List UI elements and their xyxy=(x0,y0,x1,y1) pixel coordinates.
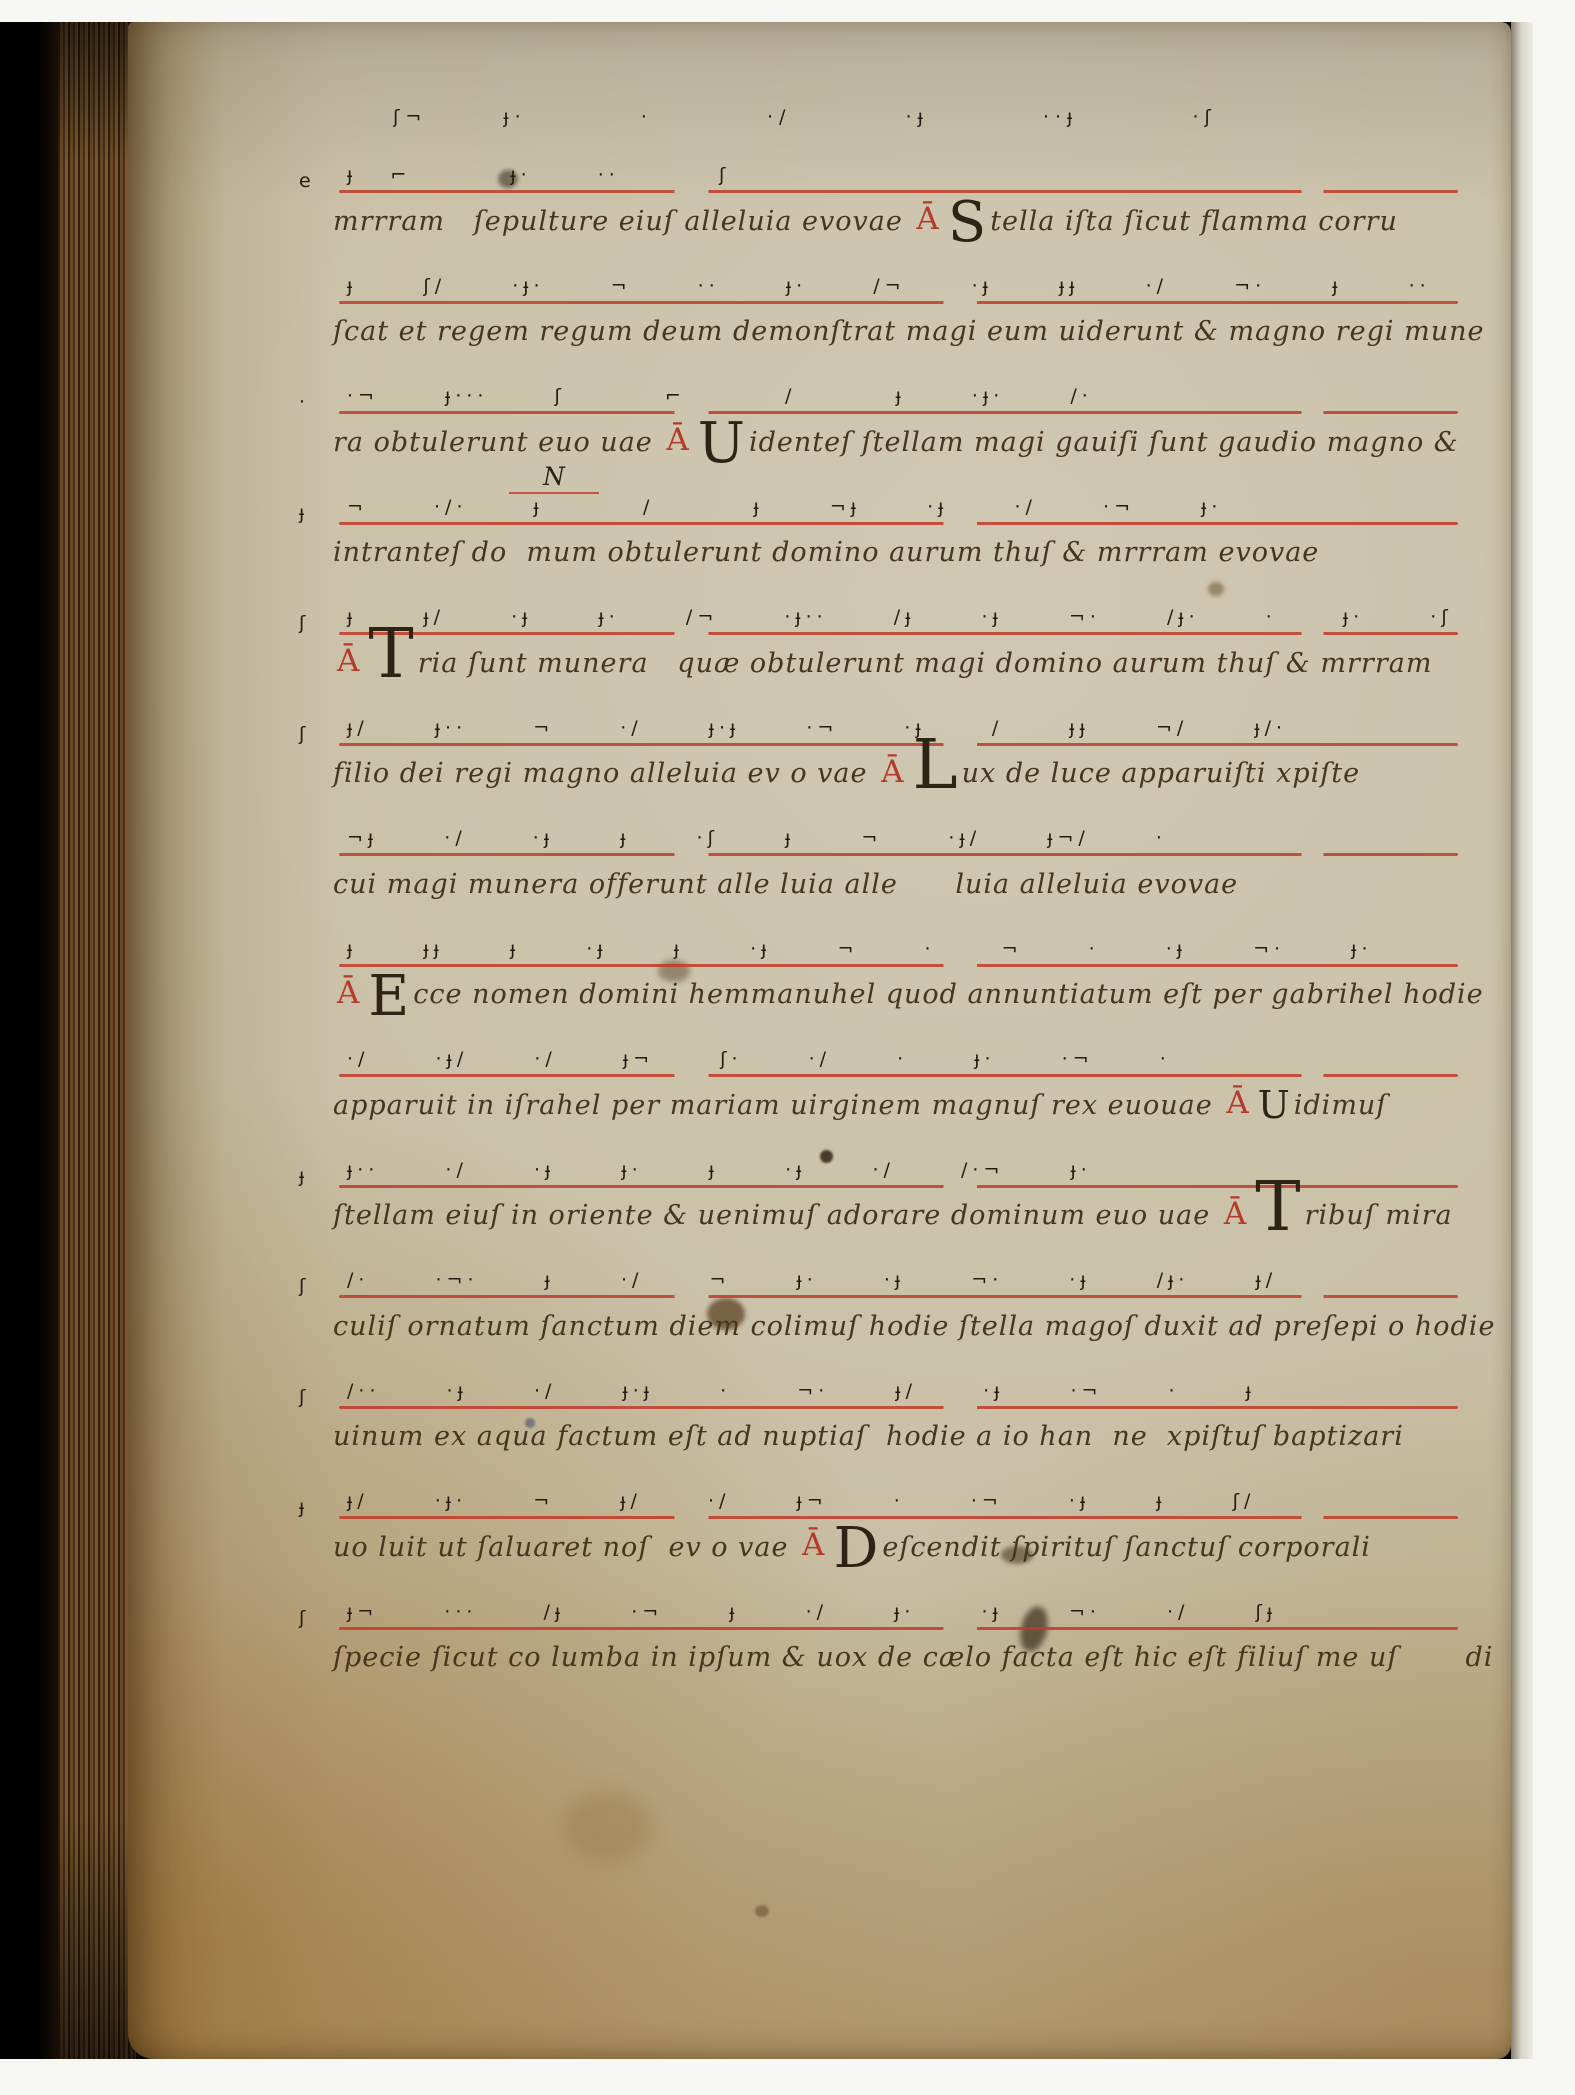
chant-words: cui magi munera offerunt alle luia alle … xyxy=(333,869,1238,900)
neume-row: ¬ɟ ·/ ·ɟ ɟ ·ʃ ɟ ¬ ·ɟ/ ɟ¬/ · xyxy=(333,793,1466,853)
chant-words: ux de luce apparuiſti xpiſte xyxy=(962,758,1360,789)
chant-text-line: ĀTria ſunt munera quæ obtulerunt magi do… xyxy=(333,641,1466,685)
chant-words: ſpecie ſicut co lumba in ipſum & uox de … xyxy=(333,1642,1493,1673)
chant-text-line: ſcat et regem regum deum demonſtrat magi… xyxy=(333,310,1466,354)
margin-significative-letter: ʃ xyxy=(299,1607,329,1629)
chant-words: filio dei regi magno alleluia ev o vae xyxy=(333,758,877,789)
margin-significative-letter: · xyxy=(299,391,329,413)
margin-significative-letter: ʃ xyxy=(299,612,329,634)
margin-significative-letter: ʃ xyxy=(299,1275,329,1297)
chant-line: ʃɟ¬ ··· /ɟ ·¬ ɟ ·/ ɟ· ·ɟ ¬· ·/ ʃɟſpecie … xyxy=(333,1567,1466,1675)
chant-words: ribuſ mira xyxy=(1305,1200,1453,1231)
chant-words: uinum ex aqua factum eſt ad nuptiaſ hodi… xyxy=(333,1421,1404,1452)
chant-content: N eʃ¬ ɟ· · ·/ ·ɟ ··ɟ ·ʃɟ ⌐ ɟ· ·· ʃmrrram… xyxy=(333,22,1466,2059)
chant-line: ɟ ʃ/ ·ɟ· ¬ ·· ɟ· /¬ ·ɟ ɟɟ ·/ ¬· ɟ ··ſcat… xyxy=(333,241,1466,349)
antiphon-rubric-mark: Ā xyxy=(916,201,939,237)
chant-words: uo luit ut ſaluaret noſ ev o vae xyxy=(333,1532,798,1563)
neume-row: /· ·¬· ɟ ·/ ¬ ɟ· ·ɟ ¬· ·ɟ /ɟ· ɟ/ xyxy=(333,1235,1466,1295)
chant-words: eſcendit ſpirituſ ſanctuſ corporali xyxy=(882,1532,1371,1563)
chant-text-line: uo luit ut ſaluaret noſ ev o vae ĀDeſcen… xyxy=(333,1525,1466,1569)
chant-line: ʃ/·· ·ɟ ·/ ɟ·ɟ · ¬· ɟ/ ·ɟ ·¬ · ɟuinum ex… xyxy=(333,1346,1466,1454)
chant-line: ¬ɟ ·/ ·ɟ ɟ ·ʃ ɟ ¬ ·ɟ/ ɟ¬/ ·cui magi mune… xyxy=(333,793,1466,901)
chant-text-line: uinum ex aqua factum eſt ad nuptiaſ hodi… xyxy=(333,1415,1466,1459)
staff-rule xyxy=(339,853,1458,856)
neume-row: ɟ ɟɟ ɟ ·ɟ ɟ ·ɟ ¬ · ¬ · ·ɟ ¬· ɟ· xyxy=(333,904,1466,964)
antiphon-rubric-mark: Ā xyxy=(802,1527,825,1563)
antiphon-rubric-mark: Ā xyxy=(337,643,360,679)
antiphon-rubric-mark: Ā xyxy=(666,422,689,458)
chant-words: identeſ ſtellam magi gauiſi ſunt gaudio … xyxy=(749,427,1459,458)
neume-row: ·/ ·ɟ/ ·/ ɟ¬ ʃ· ·/ · ɟ· ·¬ · xyxy=(333,1014,1466,1074)
chant-words: ſcat et regem regum deum demonſtrat magi… xyxy=(333,316,1485,347)
chant-text-line: ra obtulerunt euo uae ĀUidenteſ ſtellam … xyxy=(333,420,1466,464)
neume-row: ɟ/ ·ɟ· ¬ ɟ/ ·/ ɟ¬ · ·¬ ·ɟ ɟ ʃ/ xyxy=(333,1456,1466,1516)
chant-line: ɟ ɟɟ ɟ ·ɟ ɟ ·ɟ ¬ · ¬ · ·ɟ ¬· ɟ·ĀEcce nom… xyxy=(333,904,1466,1012)
chant-line: ··¬ ɟ··· ʃ ⌐ / ɟ ·ɟ· /·ra obtulerunt euo… xyxy=(333,351,1466,459)
chant-text-line: intranteſ do mum obtulerunt domino aurum… xyxy=(333,531,1466,575)
margin-significative-letter: ɟ xyxy=(299,502,329,524)
chant-line: ɟɟ/ ·ɟ· ¬ ɟ/ ·/ ɟ¬ · ·¬ ·ɟ ɟ ʃ/uo luit u… xyxy=(333,1456,1466,1564)
chant-words: apparuit in iſrahel per mariam uirginem … xyxy=(333,1090,1222,1121)
chant-words: mrrram ſepulture eiuſ alleluia evovae xyxy=(333,206,912,237)
antiphon-rubric-mark: Ā xyxy=(337,975,360,1011)
page-edge-stack xyxy=(58,22,136,2059)
neume-row: ɟ¬ ··· /ɟ ·¬ ɟ ·/ ɟ· ·ɟ ¬· ·/ ʃɟ xyxy=(333,1567,1466,1627)
chant-words: ria ſunt munera quæ obtulerunt magi domi… xyxy=(418,648,1433,679)
chant-words: ſtellam eiuſ in oriente & uenimuſ adorar… xyxy=(333,1200,1220,1231)
staff-rule xyxy=(339,301,1458,304)
chant-line: ·/ ·ɟ/ ·/ ɟ¬ ʃ· ·/ · ɟ· ·¬ ·apparuit in … xyxy=(333,1014,1466,1122)
chant-text-line: mrrram ſepulture eiuſ alleluia evovae ĀS… xyxy=(333,199,1466,243)
staff-rule xyxy=(339,1074,1458,1077)
neume-row: ·¬ ɟ··· ʃ ⌐ / ɟ ·ɟ· /· xyxy=(333,351,1466,411)
neume-row: ¬ ·/· ɟ / ɟ ¬ɟ ·ɟ ·/ ·¬ ɟ· xyxy=(333,462,1466,522)
staff-rule xyxy=(339,964,1458,967)
photo-area: N eʃ¬ ɟ· · ·/ ·ɟ ··ɟ ·ʃɟ ⌐ ɟ· ·· ʃmrrram… xyxy=(0,22,1533,2059)
neume-row-upper: ʃ¬ ɟ· · ·/ ·ɟ ··ɟ ·ʃ xyxy=(393,80,1466,128)
staff-rule xyxy=(339,190,1458,193)
neume-row: ɟ ʃ/ ·ɟ· ¬ ·· ɟ· /¬ ·ɟ ɟɟ ·/ ¬· ɟ ·· xyxy=(333,241,1466,301)
neume-row: /·· ·ɟ ·/ ɟ·ɟ · ¬· ɟ/ ·ɟ ·¬ · ɟ xyxy=(333,1346,1466,1406)
margin-significative-letter: ʃ xyxy=(299,1386,329,1408)
chant-text-line: ĀEcce nomen domini hemmanuhel quod annun… xyxy=(333,973,1466,1017)
antiphon-rubric-mark: Ā xyxy=(1224,1196,1247,1232)
chant-line: eʃ¬ ɟ· · ·/ ·ɟ ··ɟ ·ʃɟ ⌐ ɟ· ·· ʃmrrram ſ… xyxy=(333,130,1466,238)
staff-rule xyxy=(339,1627,1458,1630)
neume-row: ɟ ⌐ ɟ· ·· ʃ xyxy=(333,130,1466,190)
staff-rule xyxy=(339,522,1458,525)
chant-words: ra obtulerunt euo uae xyxy=(333,427,662,458)
margin-significative-letter: ɟ xyxy=(299,1496,329,1518)
chant-words: tella iſta ſicut flamma corru xyxy=(990,206,1398,237)
margin-significative-letter: ɟ xyxy=(299,1165,329,1187)
antiphon-rubric-mark: Ā xyxy=(881,754,904,790)
margin-significative-letter: ʃ xyxy=(299,723,329,745)
chant-text-line: filio dei regi magno alleluia ev o vae Ā… xyxy=(333,752,1466,796)
chant-text-line: ſtellam eiuſ in oriente & uenimuſ adorar… xyxy=(333,1194,1466,1238)
chant-line: ʃɟ ɟ/ ·ɟ ɟ· /¬ ·ɟ·· /ɟ ·ɟ ¬· /ɟ· · ɟ· ·ʃ… xyxy=(333,572,1466,680)
chant-text-line: apparuit in iſrahel per mariam uirginem … xyxy=(333,1083,1466,1127)
margin-significative-letter: e xyxy=(299,170,329,192)
staff-rule xyxy=(339,1516,1458,1519)
chant-line: ɟ¬ ·/· ɟ / ɟ ¬ɟ ·ɟ ·/ ·¬ ɟ·intranteſ do … xyxy=(333,462,1466,570)
staff-rule xyxy=(339,1295,1458,1298)
chant-words: culiſ ornatum ſanctum diem colimuſ hodie… xyxy=(333,1311,1495,1342)
chant-words: cce nomen domini hemmanuhel quod annunti… xyxy=(413,979,1483,1010)
manuscript-photo-scan: N eʃ¬ ɟ· · ·/ ·ɟ ··ɟ ·ʃɟ ⌐ ɟ· ·· ʃmrrram… xyxy=(0,0,1575,2095)
staff-rule xyxy=(339,411,1458,414)
chant-words: idimuſ xyxy=(1294,1090,1388,1121)
chant-text-line: culiſ ornatum ſanctum diem colimuſ hodie… xyxy=(333,1304,1466,1348)
under-page-edge xyxy=(1511,22,1533,2059)
parchment-page: N eʃ¬ ɟ· · ·/ ·ɟ ··ɟ ·ʃɟ ⌐ ɟ· ·· ʃmrrram… xyxy=(128,22,1511,2059)
chant-text-line: cui magi munera offerunt alle luia alle … xyxy=(333,862,1466,906)
neume-row: ɟ ɟ/ ·ɟ ɟ· /¬ ·ɟ·· /ɟ ·ɟ ¬· /ɟ· · ɟ· ·ʃ xyxy=(333,572,1466,632)
neume-row: ɟ/ ɟ·· ¬ ·/ ɟ·ɟ ·¬ ·ɟ / ɟɟ ¬/ ɟ/· xyxy=(333,683,1466,743)
staff-rule xyxy=(339,743,1458,746)
chant-words: intranteſ do mum obtulerunt domino aurum… xyxy=(333,537,1319,568)
staff-rule xyxy=(339,632,1458,635)
antiphon-rubric-mark: Ā xyxy=(1226,1085,1249,1121)
chant-line: ʃɟ/ ɟ·· ¬ ·/ ɟ·ɟ ·¬ ·ɟ / ɟɟ ¬/ ɟ/·filio … xyxy=(333,683,1466,791)
chant-text-line: ſpecie ſicut co lumba in ipſum & uox de … xyxy=(333,1636,1466,1680)
chant-line: ʃ/· ·¬· ɟ ·/ ¬ ɟ· ·ɟ ¬· ·ɟ /ɟ· ɟ/culiſ o… xyxy=(333,1235,1466,1343)
book-spine-shadow xyxy=(0,22,66,2059)
chant-line: ɟɟ·· ·/ ·ɟ ɟ· ɟ ·ɟ ·/ /·¬ ɟ·ſtellam eiuſ… xyxy=(333,1125,1466,1233)
staff-rule xyxy=(339,1406,1458,1409)
